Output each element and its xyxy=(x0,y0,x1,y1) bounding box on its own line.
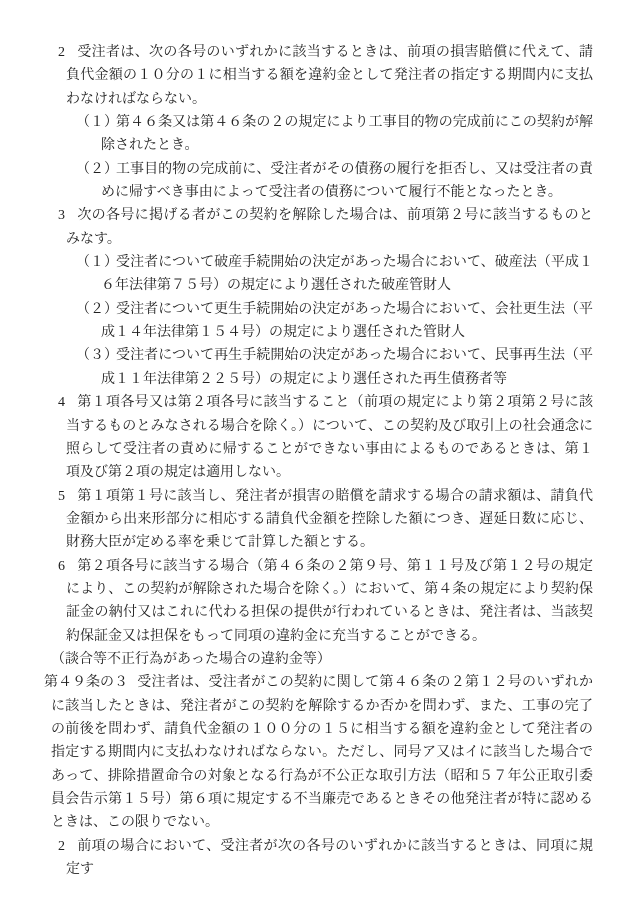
clause-heading-text: （談合等不正行為があった場合の違約金等） xyxy=(51,652,331,667)
paragraph-number: 5 xyxy=(58,485,77,508)
numbered-paragraph: 5第１項第１号に該当し、発注者が損害の賠償を請求する場合の請求額は、請負代金額か… xyxy=(44,485,593,555)
paragraph-number: 3 xyxy=(58,204,77,227)
item-text: 第４６条又は第４６条の２の規定により工事目的物の完成前にこの契約が解除されたとき… xyxy=(101,115,593,153)
item-number: （３） xyxy=(76,344,116,367)
paragraph-text: 受注者は、次の各号のいずれかに該当するときは、前項の損害賠償に代えて、請負代金額… xyxy=(66,45,593,107)
article-text: 受注者は、受注者がこの契約に関して第４６条の２第１２号のいずれかに該当したときは… xyxy=(51,675,593,830)
paragraph-number: 4 xyxy=(58,391,77,414)
item-paragraph: （１）受注者について破産手続開始の決定があった場合において、破産法（平成１６年法… xyxy=(44,251,593,298)
item-text: 工事目的物の完成前に、受注者がその債務の履行を拒否し、又は受注者の責めに帰すべき… xyxy=(101,162,593,200)
numbered-paragraph: 6第２項各号に該当する場合（第４６条の２第９号、第１１号及び第１２号の規定により… xyxy=(44,555,593,648)
paragraph-text: 前項の場合において、受注者が次の各号のいずれかに該当するときは、同項に規定す xyxy=(66,839,593,877)
item-number: （１） xyxy=(76,251,116,274)
item-paragraph: （３）受注者について再生手続開始の決定があった場合において、民事再生法（平成１１… xyxy=(44,344,593,391)
clause-heading: （談合等不正行為があった場合の違約金等） xyxy=(44,648,593,671)
contract-text-body: 2受注者は、次の各号のいずれかに該当するときは、前項の損害賠償に代えて、請負代金… xyxy=(44,41,593,881)
paragraph-number: 2 xyxy=(58,835,77,858)
item-text: 受注者について破産手続開始の決定があった場合において、破産法（平成１６年法律第７… xyxy=(101,255,593,293)
numbered-paragraph: 4第１項各号又は第２項各号に該当すること（前項の規定により第２項第２号に該当する… xyxy=(44,391,593,484)
item-paragraph: （１）第４６条又は第４６条の２の規定により工事目的物の完成前にこの契約が解除され… xyxy=(44,111,593,158)
paragraph-text: 第２項各号に該当する場合（第４６条の２第９号、第１１号及び第１２号の規定により、… xyxy=(66,559,593,644)
item-number: （２） xyxy=(76,158,116,181)
article-paragraph: 第４９条の３受注者は、受注者がこの契約に関して第４６条の２第１２号のいずれかに該… xyxy=(44,671,593,834)
paragraph-number: 2 xyxy=(58,41,77,64)
paragraph-text: 第１項各号又は第２項各号に該当すること（前項の規定により第２項第２号に該当するも… xyxy=(66,395,593,480)
item-paragraph: （２）工事目的物の完成前に、受注者がその債務の履行を拒否し、又は受注者の責めに帰… xyxy=(44,158,593,205)
numbered-paragraph: 3次の各号に掲げる者がこの契約を解除した場合は、前項第２号に該当するものとみなす… xyxy=(44,204,593,251)
article-number: 第４９条の３ xyxy=(44,671,137,694)
contract-document-page: 2受注者は、次の各号のいずれかに該当するときは、前項の損害賠償に代えて、請負代金… xyxy=(0,0,630,903)
numbered-paragraph: 2受注者は、次の各号のいずれかに該当するときは、前項の損害賠償に代えて、請負代金… xyxy=(44,41,593,111)
numbered-paragraph: 2前項の場合において、受注者が次の各号のいずれかに該当するときは、同項に規定す xyxy=(44,835,593,882)
item-number: （１） xyxy=(76,111,116,134)
paragraph-number: 6 xyxy=(58,555,77,578)
item-text: 受注者について更生手続開始の決定があった場合において、会社更生法（平成１４年法律… xyxy=(101,302,593,340)
item-text: 受注者について再生手続開始の決定があった場合において、民事再生法（平成１１年法律… xyxy=(101,348,593,386)
item-paragraph: （２）受注者について更生手続開始の決定があった場合において、会社更生法（平成１４… xyxy=(44,298,593,345)
paragraph-text: 次の各号に掲げる者がこの契約を解除した場合は、前項第２号に該当するものとみなす。 xyxy=(66,208,593,246)
paragraph-text: 第１項第１号に該当し、発注者が損害の賠償を請求する場合の請求額は、請負代金額から… xyxy=(66,489,593,551)
item-number: （２） xyxy=(76,298,116,321)
